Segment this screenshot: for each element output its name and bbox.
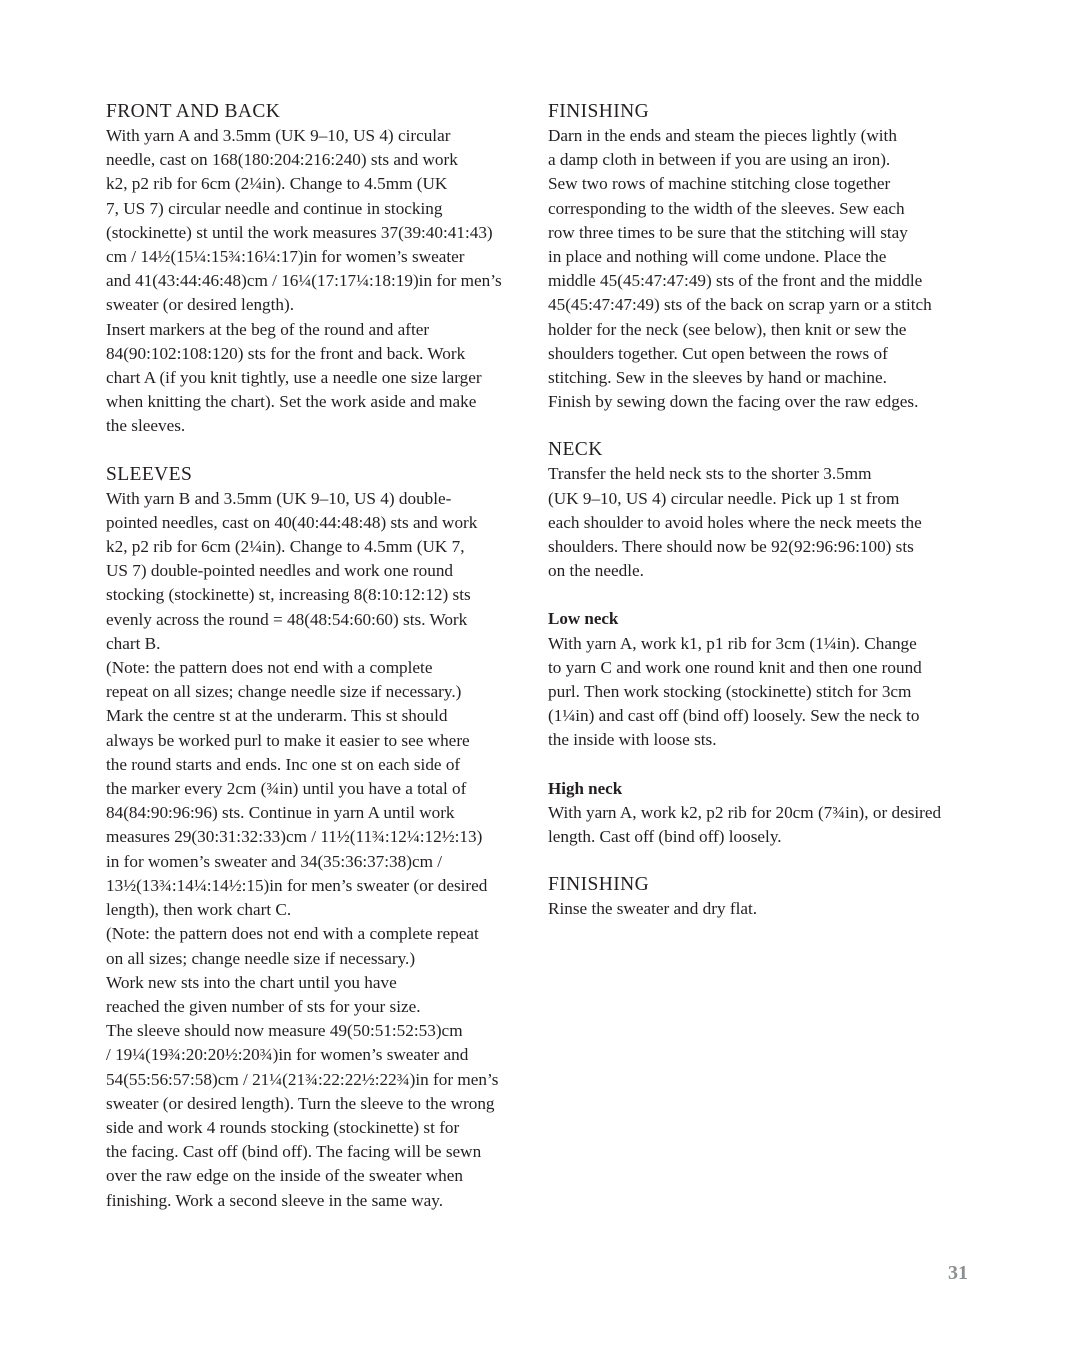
section-finishing: FINISHING Darn in the ends and steam the… xyxy=(548,100,968,414)
front-and-back-paragraph-1: With yarn A and 3.5mm (UK 9–10, US 4) ci… xyxy=(106,124,534,318)
sleeves-note-2: (Note: the pattern does not end with a c… xyxy=(106,922,534,970)
finishing-final-paragraph: Rinse the sweater and dry flat. xyxy=(548,897,968,921)
sleeves-note-1: (Note: the pattern does not end with a c… xyxy=(106,656,534,704)
section-sleeves: SLEEVES With yarn B and 3.5mm (UK 9–10, … xyxy=(106,463,534,1213)
sleeves-paragraph-2: Mark the centre st at the underarm. This… xyxy=(106,704,534,922)
right-column: FINISHING Darn in the ends and steam the… xyxy=(548,100,968,945)
section-heading-finishing-final: FINISHING xyxy=(548,873,968,897)
section-heading-neck: NECK xyxy=(548,438,968,462)
section-heading-front-and-back: FRONT AND BACK xyxy=(106,100,534,124)
subheading-low-neck: Low neck xyxy=(548,607,968,631)
finishing-paragraph: Darn in the ends and steam the pieces li… xyxy=(548,124,968,414)
section-finishing-final: FINISHING Rinse the sweater and dry flat… xyxy=(548,873,968,921)
neck-paragraph: Transfer the held neck sts to the shorte… xyxy=(548,462,968,583)
high-neck-paragraph: With yarn A, work k2, p2 rib for 20cm (7… xyxy=(548,801,968,849)
left-column: FRONT AND BACK With yarn A and 3.5mm (UK… xyxy=(106,100,534,1237)
subheading-high-neck: High neck xyxy=(548,777,968,801)
sleeves-paragraph-4: The sleeve should now measure 49(50:51:5… xyxy=(106,1019,534,1213)
section-heading-finishing: FINISHING xyxy=(548,100,968,124)
section-front-and-back: FRONT AND BACK With yarn A and 3.5mm (UK… xyxy=(106,100,534,439)
section-neck: NECK Transfer the held neck sts to the s… xyxy=(548,438,968,583)
sleeves-paragraph-1: With yarn B and 3.5mm (UK 9–10, US 4) do… xyxy=(106,487,534,656)
sleeves-paragraph-3: Work new sts into the chart until you ha… xyxy=(106,971,534,1019)
page-number: 31 xyxy=(948,1262,968,1285)
section-heading-sleeves: SLEEVES xyxy=(106,463,534,487)
section-low-neck: Low neck With yarn A, work k1, p1 rib fo… xyxy=(548,607,968,752)
section-high-neck: High neck With yarn A, work k2, p2 rib f… xyxy=(548,777,968,850)
low-neck-paragraph: With yarn A, work k1, p1 rib for 3cm (1¼… xyxy=(548,632,968,753)
front-and-back-paragraph-2: Insert markers at the beg of the round a… xyxy=(106,318,534,439)
